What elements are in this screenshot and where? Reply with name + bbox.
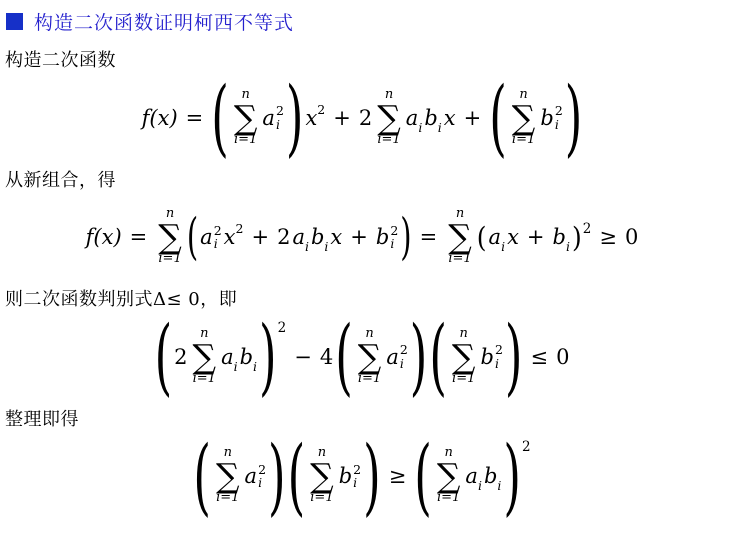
subscript: i <box>390 237 394 250</box>
page-title: 构造二次函数证明柯西不等式 <box>34 8 294 35</box>
math-scripted: bi <box>240 345 257 369</box>
paren-icon: ) <box>572 222 582 252</box>
summation: n∑i=1 <box>216 446 240 506</box>
paren-icon: ( <box>211 82 229 154</box>
paren-group: ( <box>155 321 173 393</box>
script-base: x <box>224 225 236 249</box>
math-scripted: ai <box>406 106 423 130</box>
script-base: a <box>245 464 258 488</box>
math-scripted: ai <box>221 345 238 369</box>
subscript: i <box>501 239 505 254</box>
subscript: i <box>497 478 501 493</box>
summation: n∑i=1 <box>310 446 334 506</box>
stacked-scripts: 2i <box>400 343 408 369</box>
math-variable: f(x) <box>86 225 122 249</box>
math-scripted: bi <box>484 464 501 488</box>
paren-icon: ) <box>268 440 286 512</box>
superscript: 2 <box>495 343 503 356</box>
paren-superscript: 2 <box>583 223 592 237</box>
formula-regrouped-sum: f(x)=n∑i=1(a2ix2+2aibix+b2i)=n∑i=1(aix+b… <box>5 194 719 280</box>
math-scripted: a2i <box>262 104 283 130</box>
paren-icon: ) <box>565 82 583 154</box>
paren-group: ) <box>565 82 583 154</box>
paragraph-construct: 构造二次函数 <box>5 50 719 73</box>
paren-group: ) <box>286 82 304 154</box>
script-base: a <box>200 225 213 249</box>
paragraph-regroup: 从新组合，得 <box>5 170 719 193</box>
superscript: 2 <box>236 221 244 236</box>
math-variable: f(x) <box>142 106 178 130</box>
script-base: x <box>305 106 317 130</box>
document-page: 构造二次函数证明柯西不等式 构造二次函数 f(x)=(n∑i=1a2i)x2+2… <box>0 0 729 519</box>
stacked-scripts: 2i <box>495 343 503 369</box>
math-scripted: a2i <box>200 224 221 250</box>
script-base: a <box>292 225 305 249</box>
script-base: b <box>240 345 253 369</box>
paren-group: )2 <box>503 440 530 512</box>
sigma-icon: ∑ <box>437 461 461 491</box>
script-base: b <box>480 345 493 369</box>
subscript: i <box>400 357 404 370</box>
stacked-scripts: 2i <box>390 224 398 250</box>
sigma-icon: ∑ <box>234 103 258 133</box>
paren-group: )2 <box>259 321 286 393</box>
paren-icon: ( <box>335 321 353 393</box>
formula-discriminant: (2n∑i=1aibi)2−4(n∑i=1a2i)(n∑i=1b2i)≤0 <box>5 314 719 400</box>
script-base: a <box>221 345 234 369</box>
sum-lower-limit: i=1 <box>310 491 333 506</box>
math-number: 0 <box>625 225 638 249</box>
sum-lower-limit: i=1 <box>234 133 257 148</box>
math-operator: ≤ <box>530 345 548 369</box>
math-number: 0 <box>556 345 569 369</box>
math-scripted: a2i <box>386 343 407 369</box>
superscript: 2 <box>555 104 563 117</box>
script-base: b <box>376 225 389 249</box>
math-scripted: a2i <box>245 463 266 489</box>
math-scripted: b2i <box>376 224 398 250</box>
subscript: i <box>478 478 482 493</box>
script-base: a <box>465 464 478 488</box>
subscript: i <box>438 120 442 135</box>
script-base: b <box>484 464 497 488</box>
sum-lower-limit: i=1 <box>358 372 381 387</box>
math-operator: − <box>294 345 312 369</box>
subscript: i <box>276 118 280 131</box>
math-operator: + <box>350 225 368 249</box>
math-operator: + <box>464 106 482 130</box>
script-base: b <box>424 106 437 130</box>
subscript: i <box>353 476 357 489</box>
paren-group: ) <box>268 440 286 512</box>
paren-icon: ( <box>489 82 507 154</box>
paren-group: ( <box>489 82 507 154</box>
paren-icon: ( <box>155 321 173 393</box>
paragraph-discriminant: 则二次函数判别式Δ≤ 0，即 <box>5 289 719 312</box>
math-scripted: bi <box>424 106 441 130</box>
sigma-icon: ∑ <box>377 103 401 133</box>
summation: n∑i=1 <box>158 207 182 267</box>
subscript: i <box>234 359 238 374</box>
subscript: i <box>418 120 422 135</box>
paren-group: ( <box>187 214 198 260</box>
sum-lower-limit: i=1 <box>158 252 181 267</box>
paren-group: ( <box>477 222 487 252</box>
paren-icon: ) <box>400 214 411 260</box>
stacked-scripts: 2i <box>276 104 284 130</box>
script-base: b <box>311 225 324 249</box>
paren-icon: ) <box>259 321 277 393</box>
paren-group: )2 <box>572 222 591 252</box>
paren-icon: ) <box>503 440 521 512</box>
math-number: 2 <box>174 345 187 369</box>
sum-lower-limit: i=1 <box>216 491 239 506</box>
math-operator: + <box>333 106 351 130</box>
math-variable: x <box>444 106 456 130</box>
paren-group: ) <box>505 321 523 393</box>
subscript: i <box>258 476 262 489</box>
paren-icon: ) <box>410 321 428 393</box>
script-base: a <box>386 345 399 369</box>
math-scripted: ai <box>292 225 309 249</box>
paren-icon: ) <box>505 321 523 393</box>
subscript: i <box>324 239 328 254</box>
stacked-scripts: 2i <box>353 463 361 489</box>
script-base: a <box>489 225 502 249</box>
paren-icon: ( <box>477 222 487 252</box>
paren-icon: ( <box>193 440 211 512</box>
paren-superscript: 2 <box>522 441 531 455</box>
subscript: i <box>495 357 499 370</box>
paren-group: ) <box>410 321 428 393</box>
paren-group: ( <box>429 321 447 393</box>
paren-icon: ) <box>286 82 304 154</box>
paren-icon: ( <box>288 440 306 512</box>
square-bullet-icon <box>6 13 23 30</box>
paragraph-conclude: 整理即得 <box>5 409 719 432</box>
summation: n∑i=1 <box>193 327 217 387</box>
script-base: a <box>262 106 275 130</box>
paren-group: ( <box>211 82 229 154</box>
summation: n∑i=1 <box>452 327 476 387</box>
sigma-icon: ∑ <box>452 342 476 372</box>
math-scripted: ai <box>489 225 506 249</box>
math-scripted: b2i <box>480 343 502 369</box>
stacked-scripts: 2i <box>555 104 563 130</box>
paren-group: ) <box>400 214 411 260</box>
math-operator: = <box>130 225 148 249</box>
sigma-icon: ∑ <box>193 342 217 372</box>
subscript: i <box>253 359 257 374</box>
script-base: a <box>406 106 419 130</box>
paren-group: ( <box>288 440 306 512</box>
sigma-icon: ∑ <box>158 222 182 252</box>
math-operator: ≥ <box>599 225 617 249</box>
section-title: 构造二次函数证明柯西不等式 <box>6 8 719 35</box>
math-scripted: b2i <box>540 104 562 130</box>
stacked-scripts: 2i <box>258 463 266 489</box>
summation: n∑i=1 <box>512 88 536 148</box>
math-scripted: x2 <box>224 225 244 249</box>
script-base: b <box>339 464 352 488</box>
formula-cauchy-result: (n∑i=1a2i)(n∑i=1b2i)≥(n∑i=1aibi)2 <box>5 433 719 519</box>
math-scripted: b2i <box>339 463 361 489</box>
sum-lower-limit: i=1 <box>448 252 471 267</box>
subscript: i <box>305 239 309 254</box>
math-number: 4 <box>320 345 333 369</box>
math-scripted: bi <box>553 225 570 249</box>
math-variable: x <box>330 225 342 249</box>
summation: n∑i=1 <box>234 88 258 148</box>
sigma-icon: ∑ <box>358 342 382 372</box>
sum-lower-limit: i=1 <box>512 133 535 148</box>
paren-group: ( <box>335 321 353 393</box>
math-scripted: x2 <box>305 106 325 130</box>
script-base: b <box>540 106 553 130</box>
sigma-icon: ∑ <box>448 222 472 252</box>
sum-lower-limit: i=1 <box>437 491 460 506</box>
subscript: i <box>566 239 570 254</box>
math-variable: x <box>507 225 519 249</box>
summation: n∑i=1 <box>358 327 382 387</box>
paren-icon: ( <box>414 440 432 512</box>
paren-superscript: 2 <box>278 322 287 336</box>
math-number: 2 <box>277 225 290 249</box>
subscript: i <box>555 118 559 131</box>
math-scripted: ai <box>465 464 482 488</box>
paren-group: ) <box>363 440 381 512</box>
math-operator: = <box>186 106 204 130</box>
sum-lower-limit: i=1 <box>377 133 400 148</box>
subscript: i <box>214 237 218 250</box>
sigma-icon: ∑ <box>512 103 536 133</box>
summation: n∑i=1 <box>377 88 401 148</box>
sum-lower-limit: i=1 <box>452 372 475 387</box>
summation: n∑i=1 <box>448 207 472 267</box>
sum-lower-limit: i=1 <box>193 372 216 387</box>
superscript: 2 <box>276 104 284 117</box>
summation: n∑i=1 <box>437 446 461 506</box>
sigma-icon: ∑ <box>310 461 334 491</box>
math-operator: + <box>527 225 545 249</box>
superscript: 2 <box>400 343 408 356</box>
formula-quadratic-definition: f(x)=(n∑i=1a2i)x2+2n∑i=1aibix+(n∑i=1b2i) <box>5 75 719 161</box>
script-base: b <box>553 225 566 249</box>
math-operator: ≥ <box>389 464 407 488</box>
math-operator: = <box>420 225 438 249</box>
superscript: 2 <box>317 102 325 117</box>
paren-group: ( <box>193 440 211 512</box>
math-scripted: bi <box>311 225 328 249</box>
math-number: 2 <box>359 106 372 130</box>
sigma-icon: ∑ <box>216 461 240 491</box>
stacked-scripts: 2i <box>214 224 222 250</box>
math-operator: + <box>251 225 269 249</box>
paren-icon: ) <box>363 440 381 512</box>
paren-icon: ( <box>187 214 198 260</box>
paren-icon: ( <box>429 321 447 393</box>
paren-group: ( <box>414 440 432 512</box>
